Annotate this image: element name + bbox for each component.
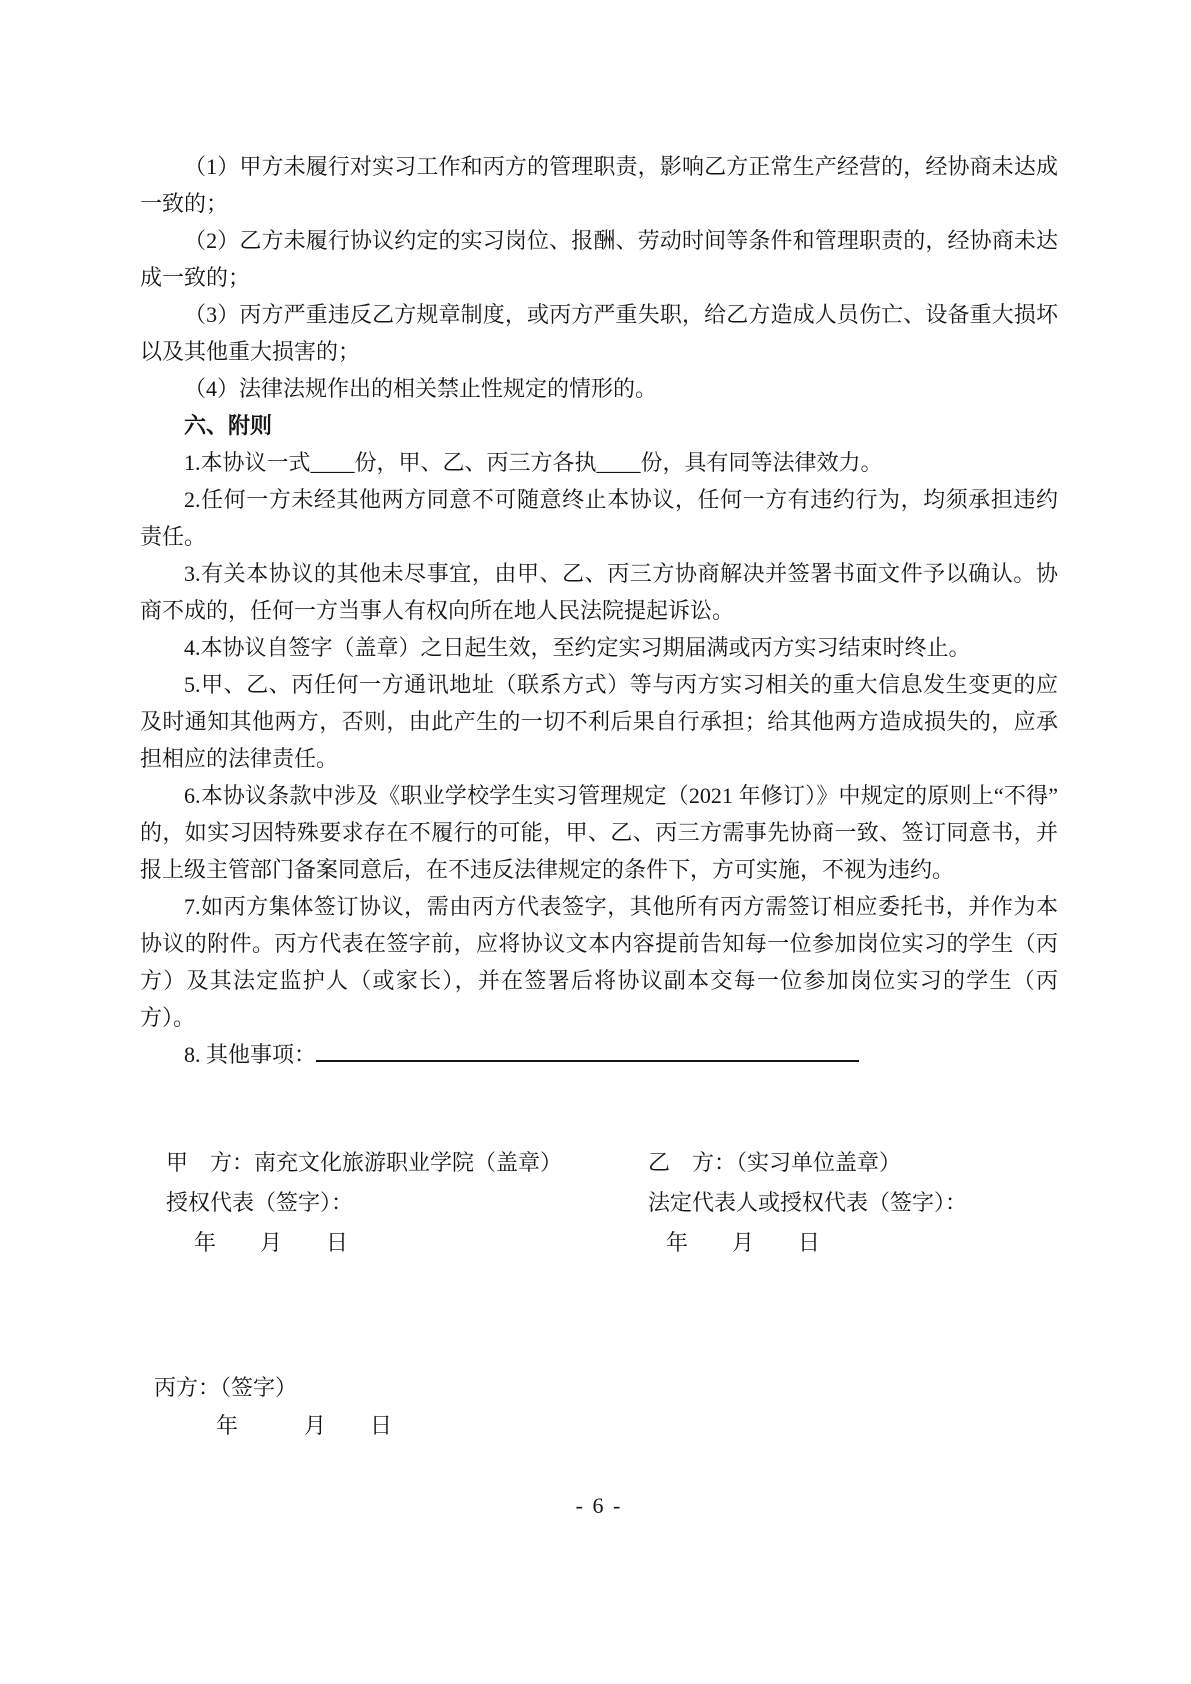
- appendix-item-4: 4.本协议自签字（盖章）之日起生效，至约定实习期届满或丙方实习结束时终止。: [140, 629, 1058, 666]
- party-c-date-line: 年 月 日: [154, 1407, 1058, 1445]
- party-c-signature-block: 丙方：（签字） 年 月 日: [154, 1369, 1058, 1445]
- party-a-date-line: 年 月 日: [166, 1223, 648, 1263]
- page-footer: - 6 -: [140, 1493, 1058, 1519]
- agreement-body: （1）甲方未履行对实习工作和丙方的管理职责，影响乙方正常生产经营的，经协商未达成…: [140, 148, 1058, 1519]
- appendix-item-3: 3.有关本协议的其他未尽事宜，由甲、乙、丙三方协商解决并签署书面文件予以确认。协…: [140, 555, 1058, 629]
- appendix-item-5: 5.甲、乙、丙任何一方通讯地址（联系方式）等与丙方实习相关的重大信息发生变更的应…: [140, 666, 1058, 777]
- party-b-name-line: 乙 方：（实习单位盖章）: [648, 1143, 1058, 1183]
- other-matters-label: 8. 其他事项：: [184, 1042, 316, 1067]
- page-number: - 6 -: [576, 1493, 623, 1518]
- signature-section: 甲 方：南充文化旅游职业学院（盖章） 授权代表（签字）： 年 月 日 乙 方：（…: [166, 1143, 1058, 1263]
- party-a-name-line: 甲 方：南充文化旅游职业学院（盖章）: [166, 1143, 648, 1183]
- party-b-representative-line: 法定代表人或授权代表（签字）：: [648, 1183, 1058, 1223]
- document-page: （1）甲方未履行对实习工作和丙方的管理职责，影响乙方正常生产经营的，经协商未达成…: [0, 0, 1191, 1684]
- party-c-name-line: 丙方：（签字）: [154, 1369, 1058, 1407]
- party-a-representative-line: 授权代表（签字）：: [166, 1183, 648, 1223]
- party-b-signature-block: 乙 方：（实习单位盖章） 法定代表人或授权代表（签字）： 年 月 日: [648, 1143, 1058, 1263]
- party-b-date-line: 年 月 日: [648, 1223, 1058, 1263]
- appendix-item-1: 1.本协议一式____份，甲、乙、丙三方各执____份，具有同等法律效力。: [140, 444, 1058, 481]
- appendix-item-2: 2.任何一方未经其他两方同意不可随意终止本协议，任何一方有违约行为，均须承担违约…: [140, 481, 1058, 555]
- termination-clause-2: （2）乙方未履行协议约定的实习岗位、报酬、劳动时间等条件和管理职责的，经协商未达…: [140, 222, 1058, 296]
- other-matters-blank-field: [316, 1036, 859, 1062]
- other-matters-line: 8. 其他事项：: [140, 1036, 1058, 1073]
- appendix-section-heading: 六、附则: [140, 407, 1058, 444]
- appendix-item-6: 6.本协议条款中涉及《职业学校学生实习管理规定（2021 年修订）》中规定的原则…: [140, 777, 1058, 888]
- termination-clause-4: （4）法律法规作出的相关禁止性规定的情形的。: [140, 370, 1058, 407]
- termination-clause-1: （1）甲方未履行对实习工作和丙方的管理职责，影响乙方正常生产经营的，经协商未达成…: [140, 148, 1058, 222]
- party-a-signature-block: 甲 方：南充文化旅游职业学院（盖章） 授权代表（签字）： 年 月 日: [166, 1143, 648, 1263]
- termination-clause-3: （3）丙方严重违反乙方规章制度，或丙方严重失职，给乙方造成人员伤亡、设备重大损坏…: [140, 296, 1058, 370]
- appendix-item-7: 7.如丙方集体签订协议，需由丙方代表签字，其他所有丙方需签订相应委托书，并作为本…: [140, 888, 1058, 1036]
